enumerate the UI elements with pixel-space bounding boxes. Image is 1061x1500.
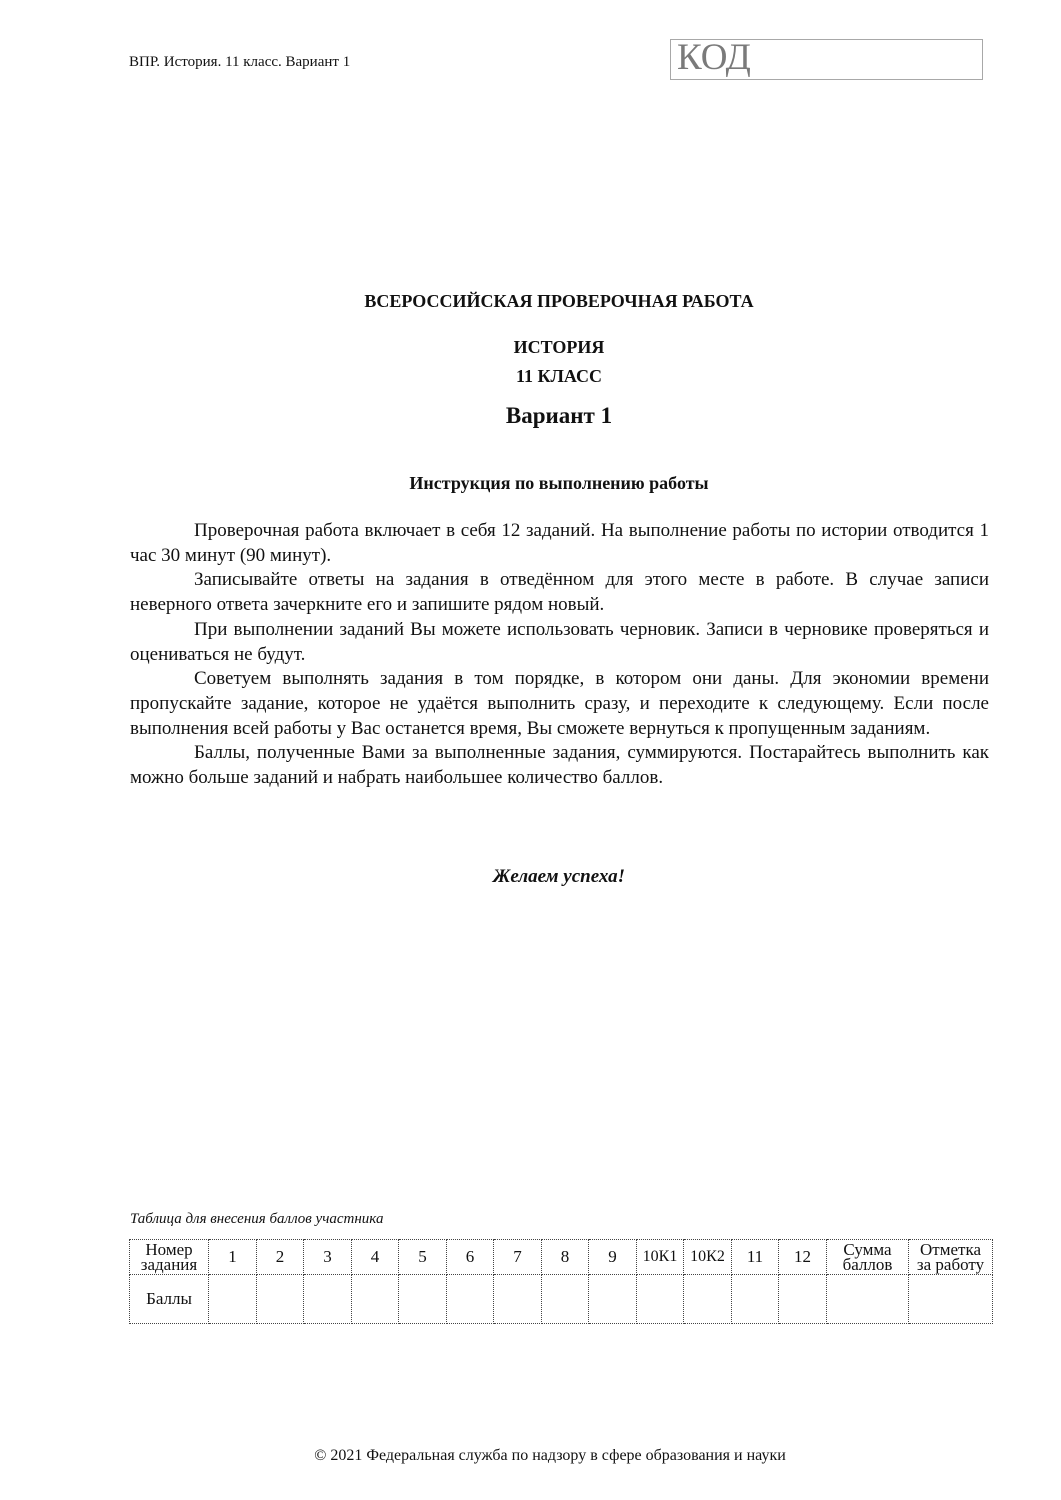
mark-header: Отметказа работу [909, 1240, 993, 1275]
task-number-header: Номерзадания [130, 1240, 209, 1275]
score-table-caption: Таблица для внесения баллов участника [130, 1211, 383, 1228]
task-number-cell: 3 [304, 1240, 352, 1275]
instruction-paragraph: Записывайте ответы на задания в отведённ… [130, 568, 989, 617]
score-cell[interactable] [257, 1275, 304, 1324]
scores-header: Баллы [130, 1275, 209, 1324]
code-label: КОД [677, 36, 751, 80]
instruction-paragraph: Советуем выполнять задания в том порядке… [130, 667, 989, 741]
task-number-cell: 8 [542, 1240, 589, 1275]
task-number-row: Номерзадания 1 2 3 4 5 6 7 8 9 10К1 10К2… [130, 1240, 993, 1275]
score-table: Номерзадания 1 2 3 4 5 6 7 8 9 10К1 10К2… [129, 1239, 993, 1324]
sum-cell[interactable] [827, 1275, 909, 1324]
task-number-cell: 10К2 [684, 1240, 732, 1275]
score-cell[interactable] [447, 1275, 494, 1324]
score-cell[interactable] [542, 1275, 589, 1324]
sum-header: Суммабаллов [827, 1240, 909, 1275]
instruction-paragraph: При выполнении заданий Вы можете использ… [130, 618, 989, 667]
instructions-heading: Инструкция по выполнению работы [0, 473, 1061, 494]
score-cell[interactable] [494, 1275, 542, 1324]
instructions-body: Проверочная работа включает в себя 12 за… [130, 519, 989, 791]
task-number-cell: 12 [779, 1240, 827, 1275]
copyright-footer: © 2021 Федеральная служба по надзору в с… [0, 1447, 1061, 1465]
task-number-cell: 4 [352, 1240, 399, 1275]
document-title: ВСЕРОССИЙСКАЯ ПРОВЕРОЧНАЯ РАБОТА [0, 291, 1061, 312]
task-number-cell: 11 [732, 1240, 779, 1275]
score-cell[interactable] [637, 1275, 684, 1324]
grade-title: 11 КЛАСС [0, 366, 1061, 387]
score-cell[interactable] [304, 1275, 352, 1324]
task-number-cell: 5 [399, 1240, 447, 1275]
mark-cell[interactable] [909, 1275, 993, 1324]
scores-row: Баллы [130, 1275, 993, 1324]
running-title: ВПР. История. 11 класс. Вариант 1 [129, 54, 350, 71]
task-number-cell: 9 [589, 1240, 637, 1275]
task-number-cell: 7 [494, 1240, 542, 1275]
instruction-paragraph: Баллы, полученные Вами за выполненные за… [130, 741, 989, 790]
score-cell[interactable] [589, 1275, 637, 1324]
task-number-cell: 2 [257, 1240, 304, 1275]
instruction-paragraph: Проверочная работа включает в себя 12 за… [130, 519, 989, 568]
score-cell[interactable] [684, 1275, 732, 1324]
score-cell[interactable] [779, 1275, 827, 1324]
score-cell[interactable] [732, 1275, 779, 1324]
task-number-cell: 6 [447, 1240, 494, 1275]
variant-title: Вариант 1 [0, 403, 1061, 429]
score-cell[interactable] [352, 1275, 399, 1324]
score-cell[interactable] [209, 1275, 257, 1324]
task-number-cell: 10К1 [637, 1240, 684, 1275]
subject-title: ИСТОРИЯ [0, 337, 1061, 358]
score-cell[interactable] [399, 1275, 447, 1324]
task-number-cell: 1 [209, 1240, 257, 1275]
code-field[interactable]: КОД [670, 39, 983, 80]
good-luck-text: Желаем успеха! [0, 866, 1061, 888]
